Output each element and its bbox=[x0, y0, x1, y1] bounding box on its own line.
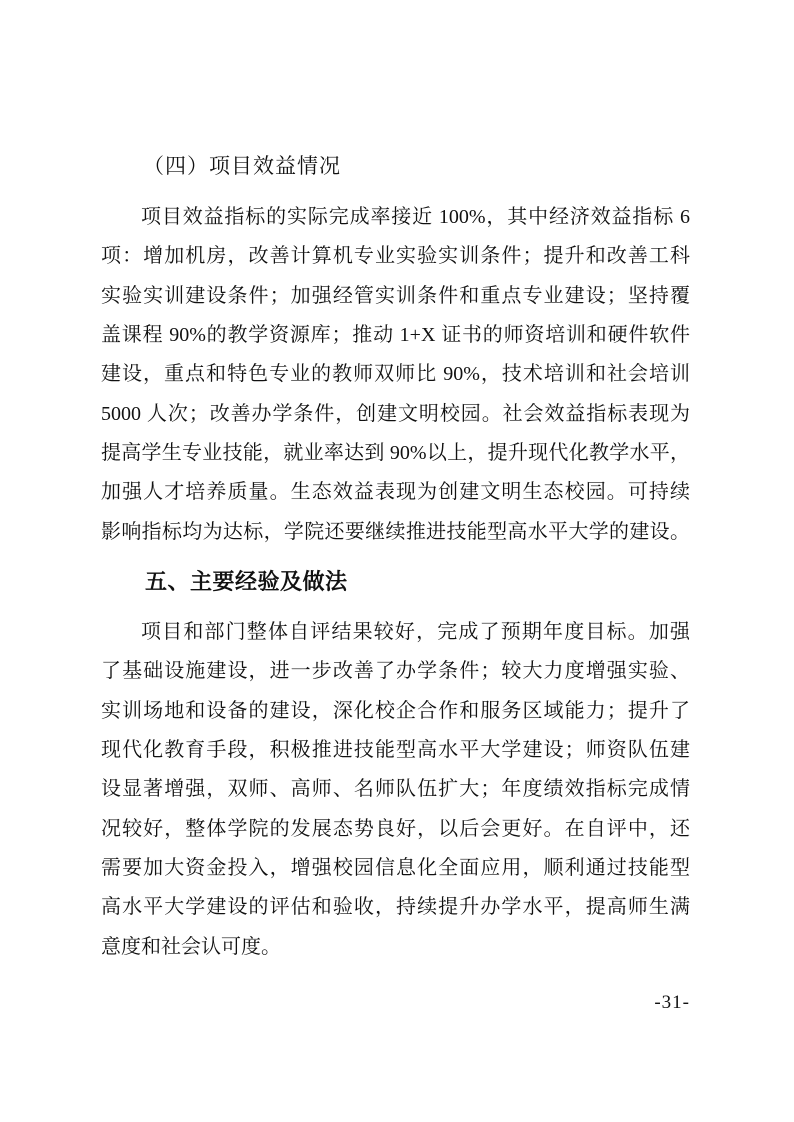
paragraph-line: 项：增加机房，改善计算机专业实验实训条件；提升和改善工科 bbox=[101, 237, 690, 276]
paragraph-benefit: 项目效益指标的实际完成率接近 100%，其中经济效益指标 6 项：增加机房，改善… bbox=[101, 198, 690, 552]
section-heading-experience: 五、主要经验及做法 bbox=[101, 568, 690, 596]
paragraph-line: 5000 人次；改善办学条件，创建文明校园。社会效益指标表现为 bbox=[101, 395, 690, 434]
paragraph-line: 意度和社会认可度。 bbox=[101, 928, 690, 967]
paragraph-line: 高水平大学建设的评估和验收，持续提升办学水平，提高师生满 bbox=[101, 888, 690, 927]
section-heading-benefit: （四）项目效益情况 bbox=[101, 152, 690, 180]
paragraph-line: 提高学生专业技能，就业率达到 90%以上，提升现代化教学水平， bbox=[101, 434, 690, 473]
paragraph-line: 项目效益指标的实际完成率接近 100%，其中经济效益指标 6 bbox=[101, 198, 690, 237]
paragraph-line: 加强人才培养质量。生态效益表现为创建文明生态校园。可持续 bbox=[101, 473, 690, 512]
paragraph-line: 实验实训建设条件；加强经管实训条件和重点专业建设；坚持覆 bbox=[101, 277, 690, 316]
paragraph-line: 影响指标均为达标，学院还要继续推进技能型高水平大学的建设。 bbox=[101, 513, 690, 552]
paragraph-line: 况较好，整体学院的发展态势良好，以后会更好。在自评中，还 bbox=[101, 810, 690, 849]
paragraph-line: 设显著增强，双师、高师、名师队伍扩大；年度绩效指标完成情 bbox=[101, 770, 690, 809]
paragraph-line: 现代化教育手段，积极推进技能型高水平大学建设；师资队伍建 bbox=[101, 731, 690, 770]
paragraph-line: 需要加大资金投入，增强校园信息化全面应用，顺利通过技能型 bbox=[101, 849, 690, 888]
paragraph-line: 盖课程 90%的教学资源库；推动 1+X 证书的师资培训和硬件软件 bbox=[101, 316, 690, 355]
paragraph-experience: 项目和部门整体自评结果较好，完成了预期年度目标。加强 了基础设施建设，进一步改善… bbox=[101, 613, 690, 967]
paragraph-line: 建设，重点和特色专业的教师双师比 90%，技术培训和社会培训 bbox=[101, 355, 690, 394]
paragraph-line: 实训场地和设备的建设，深化校企合作和服务区域能力；提升了 bbox=[101, 692, 690, 731]
document-page: （四）项目效益情况 项目效益指标的实际完成率接近 100%，其中经济效益指标 6… bbox=[0, 0, 794, 1122]
page-number: -31- bbox=[101, 992, 690, 1014]
paragraph-line: 了基础设施建设，进一步改善了办学条件；较大力度增强实验、 bbox=[101, 652, 690, 691]
paragraph-line: 项目和部门整体自评结果较好，完成了预期年度目标。加强 bbox=[101, 613, 690, 652]
